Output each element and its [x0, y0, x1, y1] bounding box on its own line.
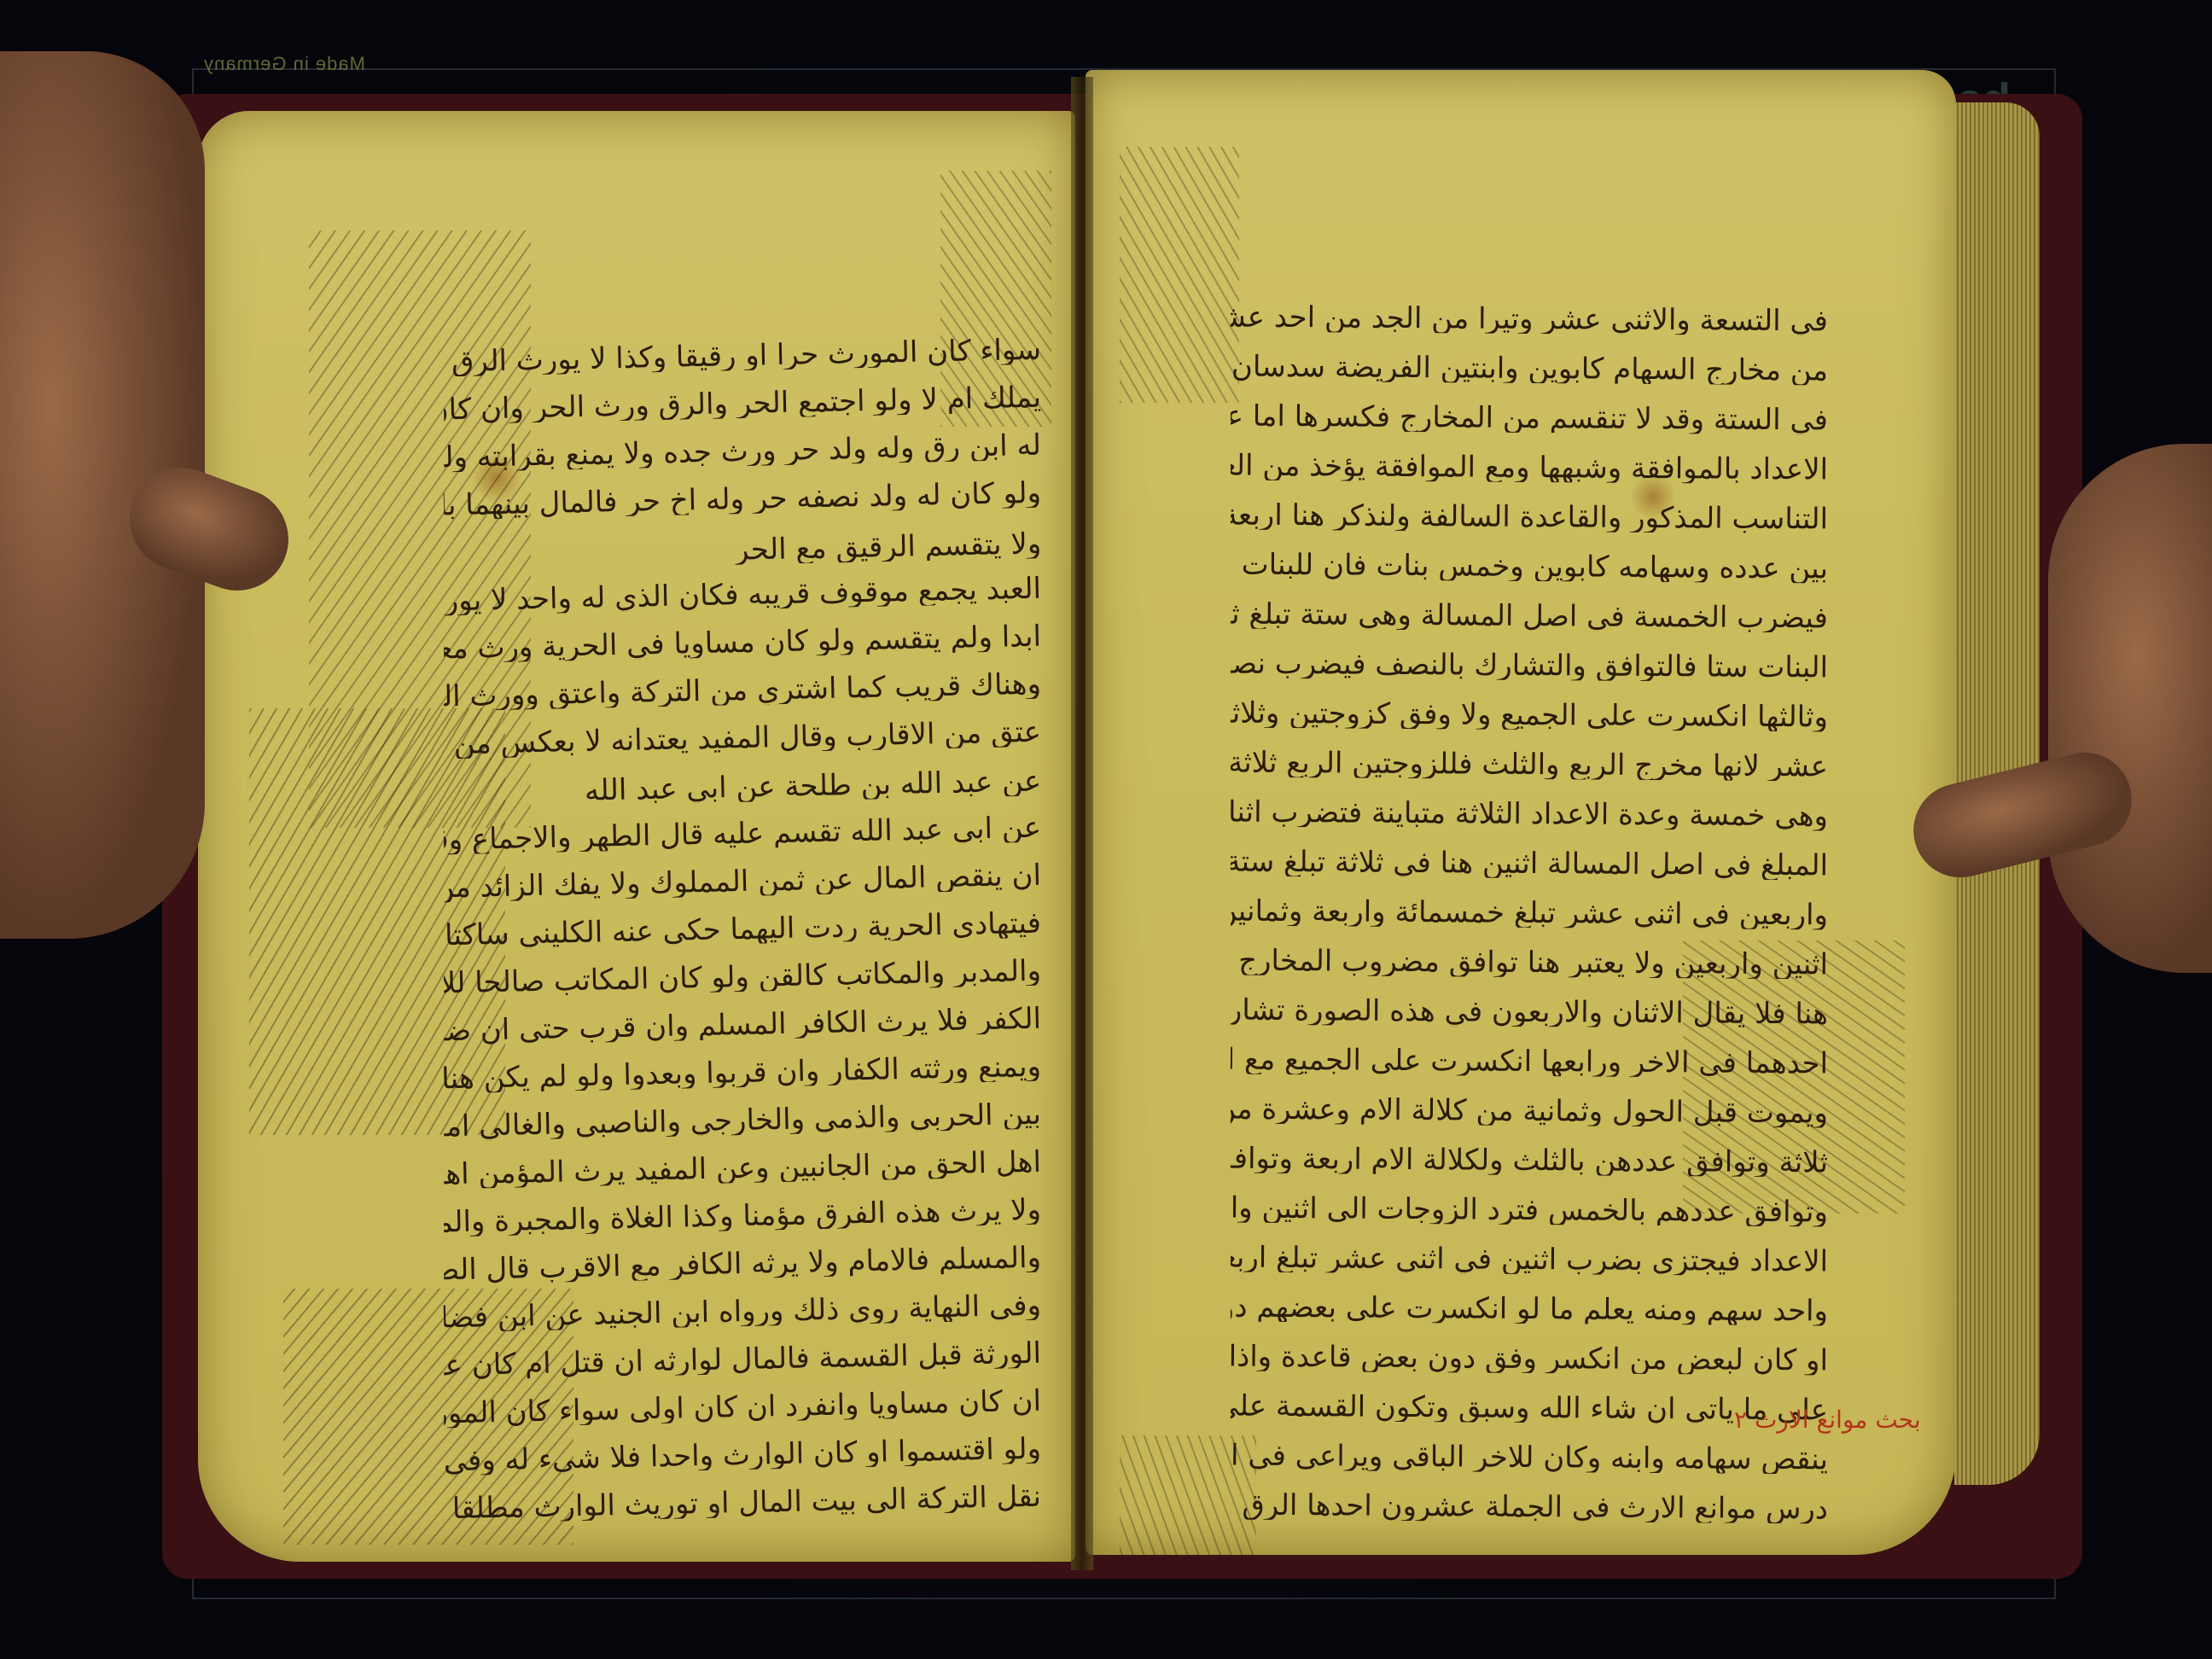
manuscript-line: الكفر فلا يرث الكافر المسلم وان قرب حتى … [444, 1004, 1042, 1046]
manuscript-line: ابدا ولم يتقسم ولو كان مساويا في الحرية … [444, 622, 1042, 664]
manuscript-line: ويمنع ورثته الكفار وان قربوا وبعدوا ولو … [444, 1052, 1042, 1094]
manuscript-line: وثالثها انكسرت على الجميع ولا وفق كزوجتي… [1231, 699, 1828, 732]
book-gutter [1071, 77, 1093, 1570]
marginal-gloss-block [1120, 1435, 1256, 1555]
marginal-gloss-block [283, 1289, 573, 1545]
manuscript-line: من مخارج السهام كابوين وابنتين الفريضة س… [1231, 352, 1828, 386]
backdrop-made-in-label: Made in Germany [203, 53, 365, 75]
manuscript-line: عشر لانها مخرج الربع والثلث فللزوجتين ال… [1231, 748, 1828, 782]
manuscript-line: فيضرب الخمسة في اصل المسألة وهي ستة تبلغ… [1231, 600, 1828, 633]
right-page: في التسعة والاثني عشر وتيرا من الجد من ا… [1086, 70, 1956, 1555]
manuscript-line: في التسعة والاثني عشر وتيرا من الجد من ا… [1231, 303, 1828, 336]
manuscript-line: واربعين في اثني عشر تبلغ خمسمائة واربعة … [1231, 897, 1828, 930]
manuscript-line: التناسب المذكور والقاعدة السالفة ولنذكر … [1231, 501, 1828, 534]
manuscript-line: الاعداد بالموافقة وشبهها ومع الموافقة يؤ… [1231, 451, 1828, 485]
manuscript-line: عتق من الاقارب وقال المفيد يعتدانه لا بع… [444, 718, 1042, 760]
manuscript-line: في الستة وقد لا تنقسم من المخارج فكسرها … [1231, 402, 1828, 435]
manuscript-line: وهي خمسة وعدة الاعداد الثلاثة متباينة فت… [1231, 798, 1828, 831]
manuscript-line: الاعداد فيجتزى بضرب اثنين في اثني عشر تب… [1231, 1243, 1828, 1277]
manuscript-line: واحد سهم ومنه يعلم ما لو انكسرت على بعضه… [1231, 1293, 1828, 1326]
manuscript-line: فيتهادى الحرية ردت اليهما حكى عنه الكلين… [444, 909, 1042, 951]
manuscript-line: ينقص سهامه وابنه وكان للاخر الباقي ويراع… [1231, 1441, 1828, 1475]
manuscript-line: العبد يجمع موقوف قريبه فكان الذي له واحد… [444, 574, 1042, 616]
manuscript-line: عن عبد الله بن طلحة عن ابي عبد الله [584, 766, 1041, 805]
manuscript-line: له ابن رق وله ولد حر ورث جده ولا يمنع بق… [444, 431, 1042, 473]
manuscript-line: والمدبر والمكاتب كالقن ولو كان المكاتب ص… [444, 957, 1042, 998]
manuscript-line: ولا يتقسم الرقيق مع الحر [734, 529, 1041, 565]
red-margin-note: بحث موانع الارث ٢ [1734, 1406, 1921, 1434]
manuscript-line: او كان لبعض من انكسر وفق دون بعض قاعدة و… [1231, 1342, 1828, 1376]
marginal-gloss-block [1683, 940, 1905, 1214]
manuscript-line: المبلغ في اصل المسألة اثنين هنا في ثلاثة… [1231, 847, 1828, 881]
manuscript-line: ولا يرث هذه الفرق مؤمنا وكذا الغلاة والم… [444, 1196, 1042, 1237]
manuscript-line: بين الحربي والذمي والخارجي والناصبي والغ… [444, 1100, 1042, 1142]
manuscript-line: ولو كان له ولد نصفه حر وله اخ حر فالمال … [444, 479, 1042, 521]
manuscript-line: ان ينقص المال عن ثمن المملوك ولا يفك الز… [444, 861, 1042, 903]
left-page: سواء كان المورث حرا او رقيقا وكذا لا يور… [198, 111, 1075, 1562]
marginal-gloss-block [249, 708, 505, 1135]
manuscript-line: درس موانع الارث في الجملة عشرون احدها ال… [1231, 1491, 1828, 1524]
marginal-gloss-block [1120, 147, 1239, 403]
manuscript-line: عن ابي عبد الله تقسم عليه قال الطهر والا… [444, 813, 1042, 855]
manuscript-line: والمسلم فالامام ولا يرثه الكافر مع الاقر… [444, 1243, 1042, 1285]
manuscript-line: اهل الحق من الجانبين وعن المفيد يرث المؤ… [444, 1148, 1042, 1190]
right-hand [2048, 444, 2212, 973]
manuscript-line: وهناك قريب كما اشتري من التركة واعتق وور… [444, 670, 1042, 712]
manuscript-line: البنات ستا فالتوافق والتشارك بالنصف فيضر… [1231, 649, 1828, 683]
marginal-gloss-block [940, 171, 1051, 427]
manuscript-line: بين عدده وسهامه كابوين وخمس بنات فان للب… [1231, 550, 1828, 584]
